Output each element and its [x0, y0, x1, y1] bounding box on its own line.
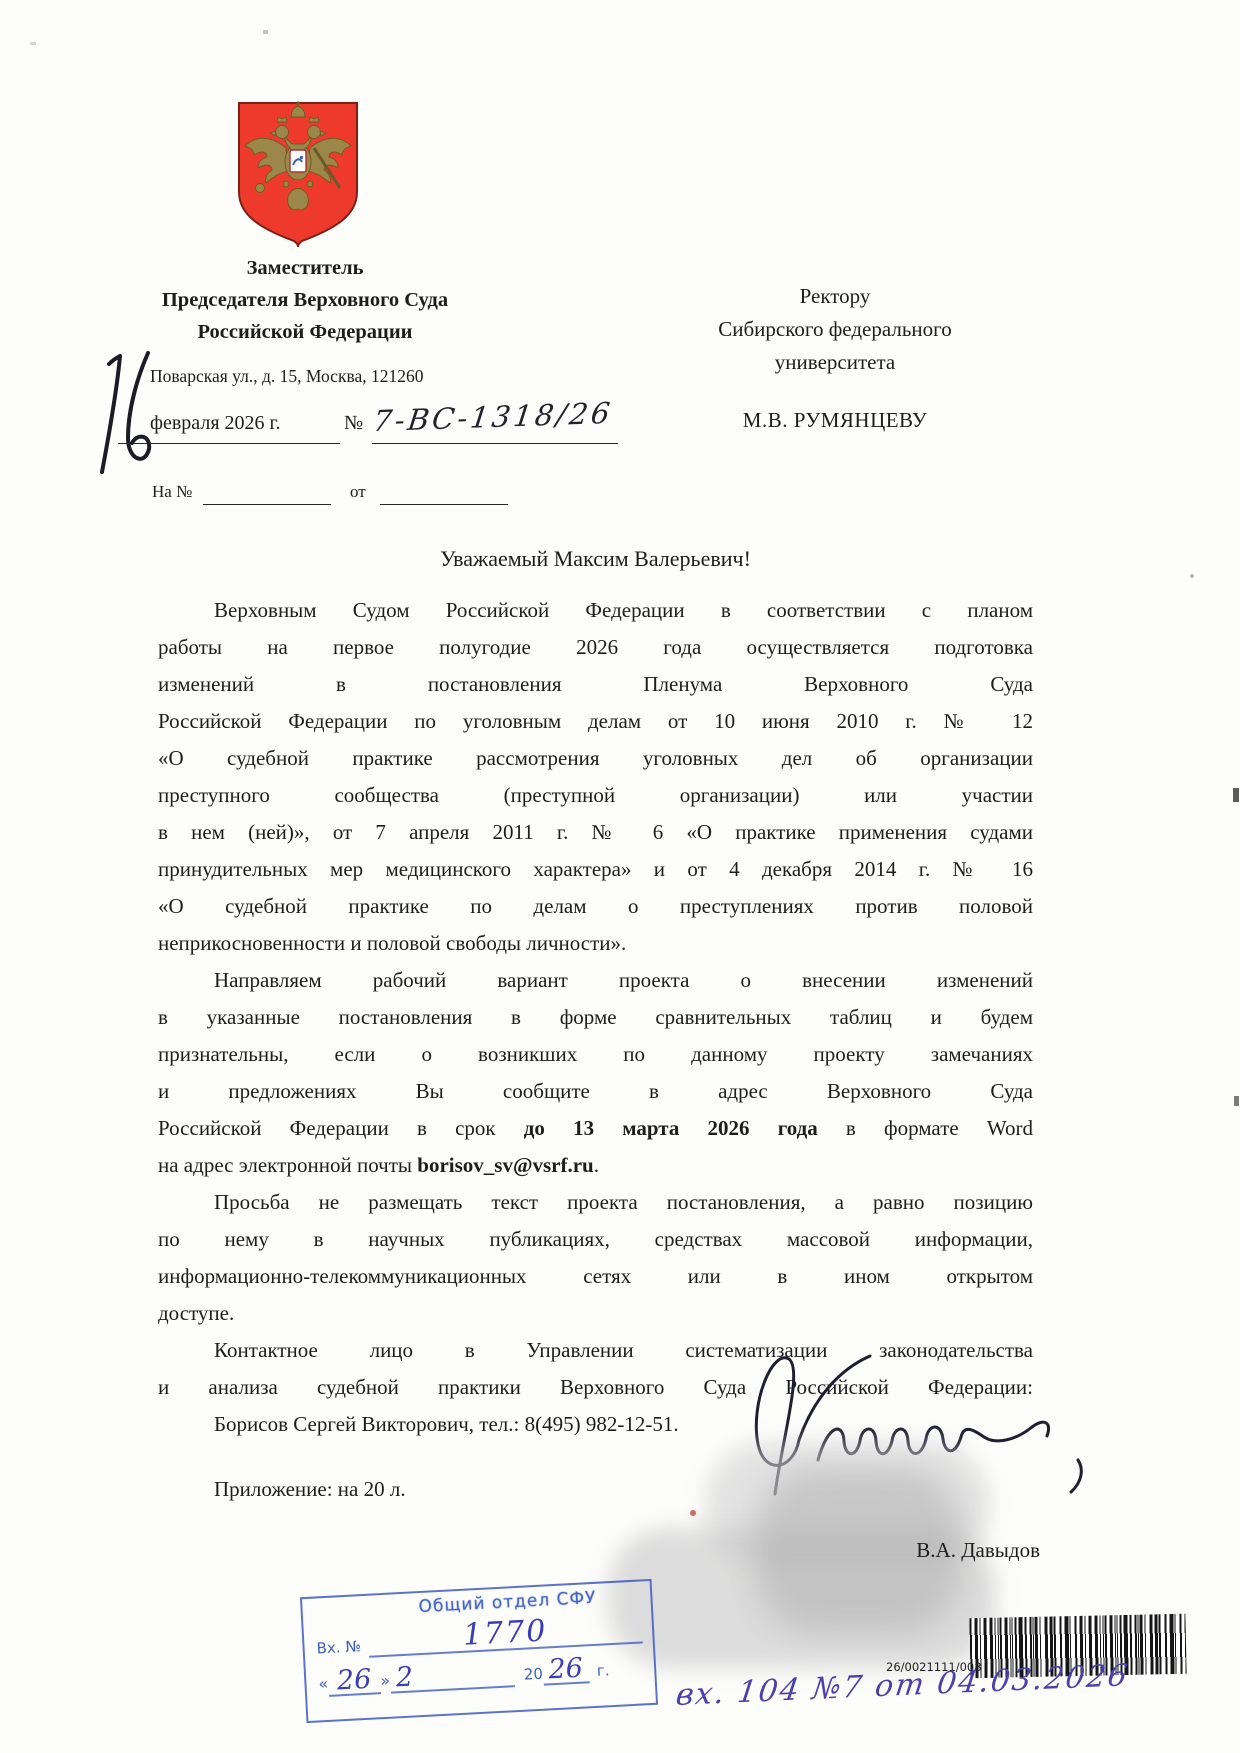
paragraph: Направляем рабочий вариант проекта о вне…: [158, 962, 1033, 1184]
text-line: доступе.: [158, 1295, 1033, 1332]
number-sign: №: [344, 412, 363, 435]
registration-number-handwritten: 7-ВС-1318/26: [371, 396, 614, 438]
reference-ot-underline: [380, 504, 508, 505]
stamp-date-row: « 26 » 2 20 26 г.: [318, 1651, 645, 1697]
text-line: «О судебной практике по делам о преступл…: [158, 888, 1033, 925]
text-line: Направляем рабочий вариант проекта о вне…: [158, 962, 1033, 999]
text-line: преступного сообщества (преступной орган…: [158, 777, 1033, 814]
text-line: на адрес электронной почты borisov_sv@vs…: [158, 1147, 1033, 1184]
number-underline: [372, 443, 618, 444]
letterhead-address: Поварская ул., д. 15, Москва, 121260: [150, 366, 424, 387]
letterhead-title: Заместитель Председателя Верховного Суда…: [100, 252, 510, 348]
text-line: Верховным Судом Российской Федерации в с…: [158, 592, 1033, 629]
text-line: и предложениях Вы сообщите в адрес Верхо…: [158, 1073, 1033, 1110]
date-printed: февраля 2026 г.: [150, 412, 280, 435]
paragraph: Верховным Судом Российской Федерации в с…: [158, 592, 1033, 962]
letterhead-title-line: Заместитель: [100, 252, 510, 284]
text-line: в указанные постановления в форме сравни…: [158, 999, 1033, 1036]
ink-speck: [263, 30, 268, 34]
text-line: работы на первое полугодие 2026 года осу…: [158, 629, 1033, 666]
text-line: «О судебной практике рассмотрения уголов…: [158, 740, 1033, 777]
recipient-block: Ректору Сибирского федерального универси…: [672, 280, 998, 379]
text-line: Просьба не размещать текст проекта поста…: [158, 1184, 1033, 1221]
letterhead-title-line: Российской Федерации: [100, 316, 510, 348]
stamp-day-handwritten: 26: [336, 1664, 372, 1697]
ink-speck: [690, 1510, 696, 1516]
signer-name: В.А. Давыдов: [870, 1538, 1040, 1563]
recipient-line: Сибирского федерального: [672, 313, 998, 346]
recipient-line: университета: [672, 346, 998, 379]
reference-na-label: На №: [152, 482, 192, 502]
stamp-entry-number-handwritten: 1770: [462, 1613, 548, 1652]
text-line: информационно-телекоммуникационных сетях…: [158, 1258, 1033, 1295]
salutation: Уважаемый Максим Валерьевич!: [158, 546, 1033, 572]
reference-ot-label: от: [350, 482, 366, 502]
ink-speck: [1233, 788, 1239, 802]
ink-speck: [1190, 574, 1194, 578]
text-line: принудительных мер медицинского характер…: [158, 851, 1033, 888]
scanned-letter-page: Заместитель Председателя Верховного Суда…: [0, 0, 1240, 1753]
recipient-name: М.В. РУМЯНЦЕВУ: [672, 408, 998, 433]
stamp-year-suffix: г.: [596, 1661, 610, 1683]
text-line: признательны, если о возникших по данном…: [158, 1036, 1033, 1073]
stamp-year-handwritten: 26: [548, 1653, 584, 1686]
text-line: по нему в научных публикациях, средствах…: [158, 1221, 1033, 1258]
incoming-stamp: Общий отдел СФУ Вх. № 1770 « 26 » 2 20 2…: [300, 1579, 658, 1723]
text-line: в нем (ней)», от 7 апреля 2011 г. № 6 «О…: [158, 814, 1033, 851]
coat-of-arms-russia: [236, 100, 360, 247]
stamp-year-prefix: 20: [523, 1665, 543, 1687]
paragraph: Просьба не размещать текст проекта поста…: [158, 1184, 1033, 1332]
letterhead-title-line: Председателя Верховного Суда: [100, 284, 510, 316]
text-line: Российской Федерации по уголовным делам …: [158, 703, 1033, 740]
stamp-entry-label: Вх. №: [316, 1637, 361, 1660]
reference-na-underline: [203, 504, 331, 505]
ink-speck: [30, 42, 36, 45]
stamp-month-handwritten: 2: [395, 1662, 414, 1694]
recipient-line: Ректору: [672, 280, 998, 313]
date-underline: [118, 443, 340, 444]
text-line: неприкосновенности и половой свободы лич…: [158, 925, 1033, 962]
text-line: Российской Федерации в срок до 13 марта …: [158, 1110, 1033, 1147]
handwritten-day: [90, 350, 156, 482]
text-line: изменений в постановления Пленума Верхов…: [158, 666, 1033, 703]
ink-speck: [1234, 1096, 1239, 1106]
